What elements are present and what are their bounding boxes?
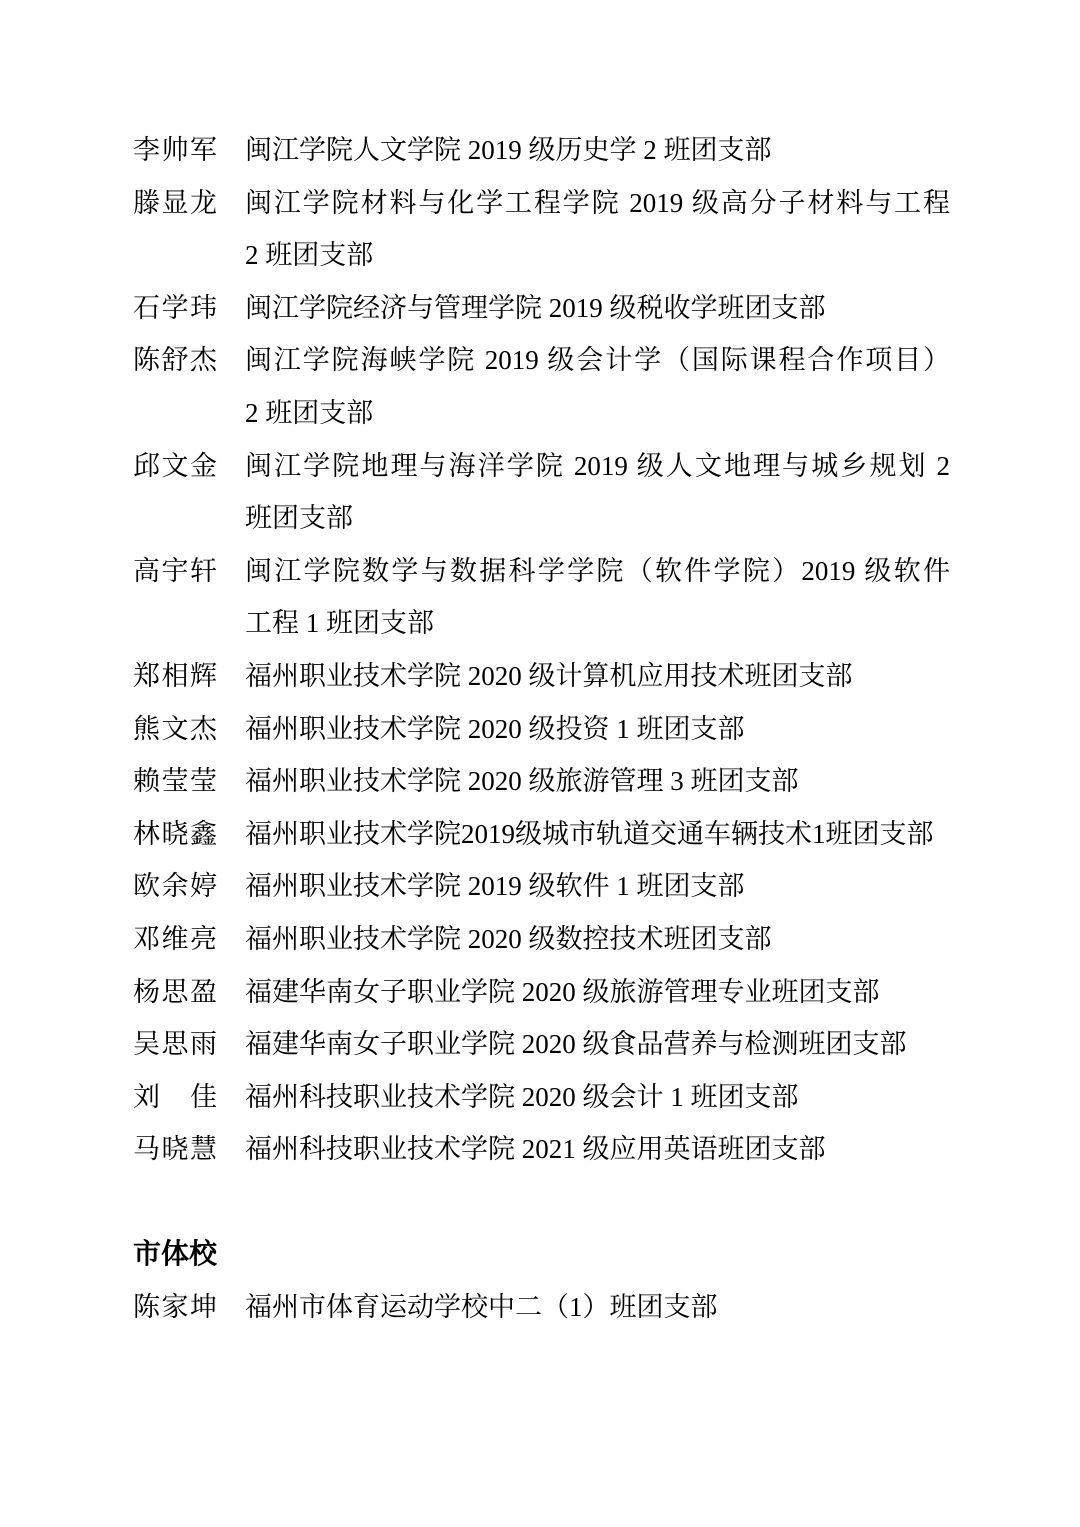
list-item: 高宇轩 闽江学院数学与数据科学学院（软件学院）2019 级软件工程 1 班团支部 (133, 545, 950, 650)
affiliation-line: 福州职业技术学院 2020 级计算机应用技术班团支部 (245, 650, 950, 703)
affiliation-line: 福州职业技术学院 2020 级投资 1 班团支部 (245, 703, 950, 756)
affiliation-line: 闽江学院地理与海洋学院 2019 级人文地理与城乡规划 2 (245, 440, 950, 493)
person-name: 杨思盈 (133, 966, 217, 1019)
section-heading-row: 市体校 (133, 1228, 950, 1281)
list-item: 陈舒杰 闽江学院海峡学院 2019 级会计学（国际课程合作项目）2 班团支部 (133, 334, 950, 439)
list-item: 林晓鑫 福州职业技术学院2019级城市轨道交通车辆技术1班团支部 (133, 808, 950, 861)
person-name: 郑相辉 (133, 650, 217, 703)
affiliation-line: 福州职业技术学院2019级城市轨道交通车辆技术1班团支部 (245, 808, 950, 861)
affiliation-line: 福建华南女子职业学院 2020 级旅游管理专业班团支部 (245, 966, 950, 1019)
document-page: 李帅军 闽江学院人文学院 2019 级历史学 2 班团支部 滕显龙 闽江学院材料… (0, 0, 1080, 1527)
affiliation-line: 闽江学院海峡学院 2019 级会计学（国际课程合作项目） (245, 334, 950, 387)
list-item: 郑相辉 福州职业技术学院 2020 级计算机应用技术班团支部 (133, 650, 950, 703)
person-name: 李帅军 (133, 124, 217, 177)
affiliation-line: 班团支部 (245, 492, 950, 545)
list-item: 吴思雨 福建华南女子职业学院 2020 级食品营养与检测班团支部 (133, 1018, 950, 1071)
list-item: 石学玮 闽江学院经济与管理学院 2019 级税收学班团支部 (133, 282, 950, 335)
branch-affiliation: 闽江学院数学与数据科学学院（软件学院）2019 级软件工程 1 班团支部 (245, 545, 950, 650)
list-item: 马晓慧 福州科技职业技术学院 2021 级应用英语班团支部 (133, 1123, 950, 1176)
affiliation-line: 福州科技职业技术学院 2020 级会计 1 班团支部 (245, 1071, 950, 1124)
list-item: 刘佳 福州科技职业技术学院 2020 级会计 1 班团支部 (133, 1071, 950, 1124)
branch-affiliation: 福州职业技术学院 2020 级计算机应用技术班团支部 (245, 650, 950, 703)
branch-affiliation: 福州职业技术学院 2020 级数控技术班团支部 (245, 913, 950, 966)
branch-affiliation: 福州职业技术学院 2020 级旅游管理 3 班团支部 (245, 755, 950, 808)
section-heading: 市体校 (133, 1228, 950, 1281)
person-name: 欧余婷 (133, 860, 217, 913)
branch-affiliation: 福建华南女子职业学院 2020 级食品营养与检测班团支部 (245, 1018, 950, 1071)
affiliation-line: 福州职业技术学院 2020 级数控技术班团支部 (245, 913, 950, 966)
list-item: 滕显龙 闽江学院材料与化学工程学院 2019 级高分子材料与工程2 班团支部 (133, 177, 950, 282)
person-name: 熊文杰 (133, 703, 217, 756)
person-name: 陈家坤 (133, 1281, 217, 1334)
affiliation-line: 2 班团支部 (245, 387, 950, 440)
person-name: 陈舒杰 (133, 334, 217, 387)
affiliation-line: 工程 1 班团支部 (245, 597, 950, 650)
person-name: 马晓慧 (133, 1123, 217, 1176)
list-item: 杨思盈 福建华南女子职业学院 2020 级旅游管理专业班团支部 (133, 966, 950, 1019)
blank-line (133, 1176, 950, 1229)
branch-affiliation: 闽江学院人文学院 2019 级历史学 2 班团支部 (245, 124, 950, 177)
branch-affiliation: 闽江学院海峡学院 2019 级会计学（国际课程合作项目）2 班团支部 (245, 334, 950, 439)
list-item: 邓维亮 福州职业技术学院 2020 级数控技术班团支部 (133, 913, 950, 966)
list-item: 李帅军 闽江学院人文学院 2019 级历史学 2 班团支部 (133, 124, 950, 177)
branch-affiliation: 福州科技职业技术学院 2020 级会计 1 班团支部 (245, 1071, 950, 1124)
person-name: 高宇轩 (133, 545, 217, 598)
person-name: 滕显龙 (133, 177, 217, 230)
person-name: 林晓鑫 (133, 808, 217, 861)
affiliation-line: 闽江学院人文学院 2019 级历史学 2 班团支部 (245, 124, 950, 177)
branch-affiliation: 闽江学院经济与管理学院 2019 级税收学班团支部 (245, 282, 950, 335)
person-name: 邱文金 (133, 440, 217, 493)
affiliation-line: 福州职业技术学院 2019 级软件 1 班团支部 (245, 860, 950, 913)
list-item: 陈家坤 福州市体育运动学校中二（1）班团支部 (133, 1281, 950, 1334)
list-item: 赖莹莹 福州职业技术学院 2020 级旅游管理 3 班团支部 (133, 755, 950, 808)
person-name: 石学玮 (133, 282, 217, 335)
branch-affiliation: 闽江学院材料与化学工程学院 2019 级高分子材料与工程2 班团支部 (245, 177, 950, 282)
affiliation-line: 福建华南女子职业学院 2020 级食品营养与检测班团支部 (245, 1018, 950, 1071)
affiliation-line: 闽江学院材料与化学工程学院 2019 级高分子材料与工程 (245, 177, 950, 230)
branch-affiliation: 福建华南女子职业学院 2020 级旅游管理专业班团支部 (245, 966, 950, 1019)
person-name: 赖莹莹 (133, 755, 217, 808)
person-name: 刘佳 (133, 1071, 217, 1124)
list-item: 欧余婷 福州职业技术学院 2019 级软件 1 班团支部 (133, 860, 950, 913)
list-item: 熊文杰 福州职业技术学院 2020 级投资 1 班团支部 (133, 703, 950, 756)
branch-affiliation: 福州职业技术学院 2019 级软件 1 班团支部 (245, 860, 950, 913)
affiliation-line: 闽江学院数学与数据科学学院（软件学院）2019 级软件 (245, 545, 950, 598)
person-name: 吴思雨 (133, 1018, 217, 1071)
affiliation-line: 2 班团支部 (245, 229, 950, 282)
affiliation-line: 闽江学院经济与管理学院 2019 级税收学班团支部 (245, 282, 950, 335)
affiliation-line: 福州职业技术学院 2020 级旅游管理 3 班团支部 (245, 755, 950, 808)
branch-affiliation: 福州市体育运动学校中二（1）班团支部 (245, 1281, 950, 1334)
branch-affiliation: 福州职业技术学院2019级城市轨道交通车辆技术1班团支部 (245, 808, 950, 861)
award-list: 李帅军 闽江学院人文学院 2019 级历史学 2 班团支部 滕显龙 闽江学院材料… (133, 124, 950, 1334)
branch-affiliation: 福州科技职业技术学院 2021 级应用英语班团支部 (245, 1123, 950, 1176)
affiliation-line: 福州市体育运动学校中二（1）班团支部 (245, 1281, 950, 1334)
affiliation-line: 福州科技职业技术学院 2021 级应用英语班团支部 (245, 1123, 950, 1176)
person-name: 邓维亮 (133, 913, 217, 966)
branch-affiliation: 福州职业技术学院 2020 级投资 1 班团支部 (245, 703, 950, 756)
branch-affiliation: 闽江学院地理与海洋学院 2019 级人文地理与城乡规划 2班团支部 (245, 440, 950, 545)
list-item: 邱文金 闽江学院地理与海洋学院 2019 级人文地理与城乡规划 2班团支部 (133, 440, 950, 545)
